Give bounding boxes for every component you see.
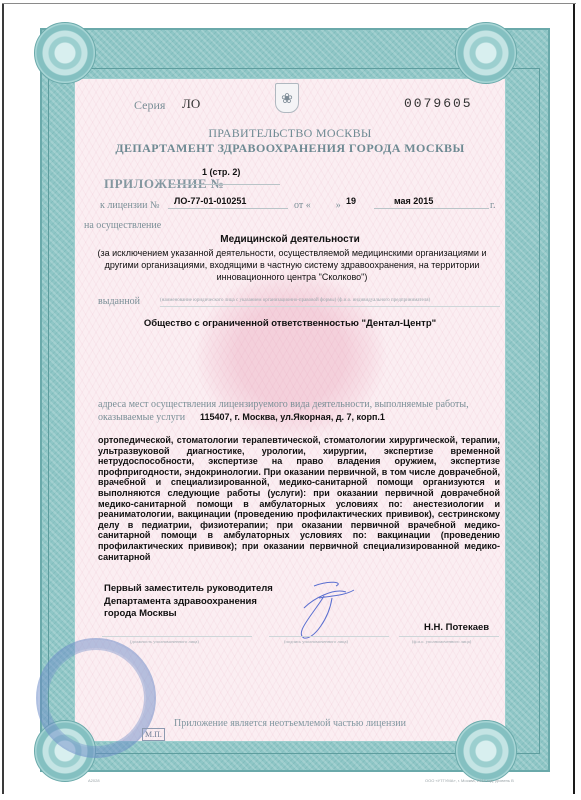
government-title: ПРАВИТЕЛЬСТВО МОСКВЫ <box>74 126 506 141</box>
form-number: 0079605 <box>404 96 473 111</box>
footer-note: Приложение является неотъемлемой частью … <box>74 718 506 729</box>
issued-label: выданной <box>98 296 140 307</box>
activity-note: (за исключением указанной деятельности, … <box>80 247 504 283</box>
stamp-label: М.П. <box>142 728 165 741</box>
license-day: 19 <box>346 196 356 206</box>
issued-underline <box>160 306 500 307</box>
scan-edge-right <box>573 4 575 794</box>
appendix-value: 1 (стр. 2) <box>202 167 240 177</box>
appendix-underline <box>170 184 280 185</box>
year-suffix: г. <box>490 200 495 211</box>
license-label: к лицензии № <box>100 200 160 211</box>
scan-edge-left <box>2 4 4 794</box>
document-content: Серия ЛО ❀ 0079605 ПРАВИТЕЛЬСТВО МОСКВЫ … <box>74 78 506 742</box>
signer-name: Н.Н. Потекаев <box>424 622 489 633</box>
date-from-label: от « » <box>294 200 341 211</box>
address-value: 115407, г. Москва, ул.Якорная, д. 7, кор… <box>200 412 385 422</box>
issued-hint: (наименование юридического лица с указан… <box>160 298 430 303</box>
rosette-top-left-icon <box>34 22 96 84</box>
coat-of-arms-icon: ❀ <box>275 83 299 113</box>
scan-edge-top <box>2 3 576 4</box>
activity-title: Медицинской деятельности <box>74 234 506 245</box>
rosette-top-right-icon <box>455 22 517 84</box>
license-number: ЛО-77-01-010251 <box>174 196 246 206</box>
position-hint: (должность уполномоченного лица) <box>130 639 199 644</box>
position-underline <box>102 636 252 637</box>
print-code: А2028 <box>88 778 100 783</box>
series-value: ЛО <box>182 96 200 112</box>
services-text: ортопедической, стоматологии терапевтиче… <box>98 435 500 562</box>
signature-hint: (подпись уполномоченного лица) <box>284 639 348 644</box>
name-hint: (ф.и.о. уполномоченного лица) <box>412 639 471 644</box>
printer-info: ООО «УТГУМА», г. Москва, 2014 год, урове… <box>425 778 514 783</box>
official-stamp-icon <box>36 638 156 758</box>
signature-icon <box>284 578 364 643</box>
name-underline <box>399 636 499 637</box>
license-underline <box>168 208 288 209</box>
organization-name: Общество с ограниченной ответственностью… <box>74 318 506 329</box>
signature-underline <box>269 636 389 637</box>
department-title: ДЕПАРТАМЕНТ ЗДРАВООХРАНЕНИЯ ГОРОДА МОСКВ… <box>74 141 506 156</box>
date-underline <box>374 208 489 209</box>
series-label: Серия <box>134 98 165 113</box>
license-month-year: мая 2015 <box>394 196 433 206</box>
signer-title: Первый заместитель руководителя Департам… <box>104 583 284 621</box>
purpose-label: на осуществление <box>84 220 161 231</box>
